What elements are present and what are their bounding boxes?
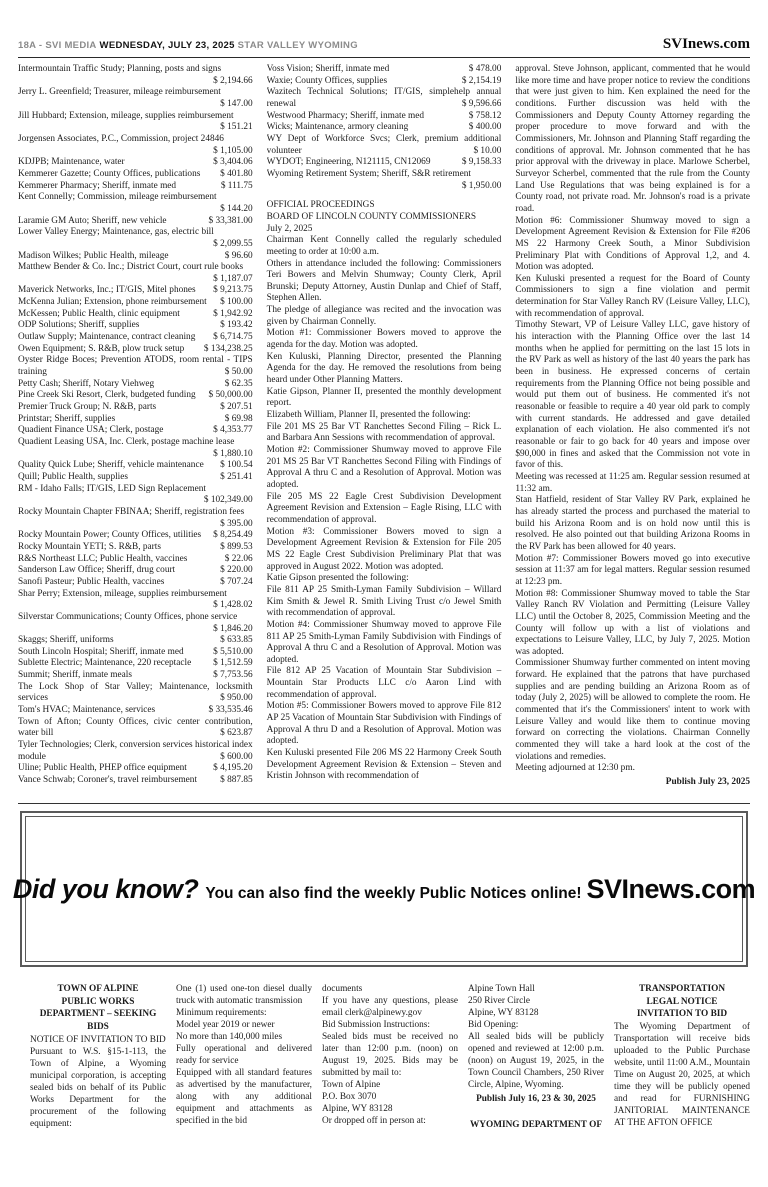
ledger-amount: $ 2,194.66 xyxy=(208,76,253,88)
notice-paragraph: No more than 140,000 miles xyxy=(176,1031,312,1043)
proceedings-paragraph: Others in attendance included the follow… xyxy=(267,259,502,306)
ledger-description: Rocky Mountain YETI; S. R&B, parts xyxy=(18,542,161,552)
proceedings-paragraph: Katie Gipson, Planner II, presented the … xyxy=(267,387,502,410)
ledger-description: KDJPB; Maintenance, water xyxy=(18,157,125,167)
notice-paragraph: Equipped with all standard features as a… xyxy=(176,1067,312,1127)
ledger-entry: Jill Hubbard; Extension, mileage, suppli… xyxy=(18,111,253,134)
notice-col-equipment-specs: One (1) used one-ton diesel dually truck… xyxy=(176,983,312,1161)
proceedings-paragraph: Motion #1: Commissioner Bowers moved to … xyxy=(267,328,502,351)
ledger-amount: $ 4,353.77 xyxy=(208,425,253,437)
ledger-amount: $ 8,254.49 xyxy=(208,530,253,542)
proceedings-paragraph: Motion #5: Commissioner Bowers moved to … xyxy=(267,701,502,748)
proceedings-paragraph: Chairman Kent Connelly called the regula… xyxy=(267,235,502,258)
ledger-description: Jill Hubbard; Extension, mileage, suppli… xyxy=(18,111,234,121)
ledger-amount: $ 220.00 xyxy=(215,565,253,577)
ledger-description: Silverstar Communications; County Office… xyxy=(18,612,237,622)
ledger-description: Rocky Mountain Chapter FBINAA; Sheriff, … xyxy=(18,507,244,517)
ledger-description: Kemmerer Pharmacy; Sheriff, inmate med xyxy=(18,181,176,191)
ledger-column-2: Voss Vision; Sheriff, inmate med$ 478.00… xyxy=(267,64,502,192)
notice-paragraph: Bid Submission Instructions: xyxy=(322,1019,458,1031)
ledger-entry: Quadient Finance USA; Clerk, postage$ 4,… xyxy=(18,425,253,437)
notice-paragraph: documents xyxy=(322,983,458,995)
ledger-amount: $ 2,154.19 xyxy=(457,76,502,88)
ledger-entry: Quill; Public Health, supplies$ 251.41 xyxy=(18,472,253,484)
ledger-description: Quality Quick Lube; Sheriff, vehicle mai… xyxy=(18,460,204,470)
notices-body: Intermountain Traffic Study; Planning, p… xyxy=(18,64,750,797)
ledger-amount: $ 1,187.07 xyxy=(208,274,253,286)
ledger-entry: Petty Cash; Sheriff, Notary Viehweg$ 62.… xyxy=(18,379,253,391)
ledger-amount: $ 62.35 xyxy=(220,379,253,391)
ledger-entry: Wazitech Technical Solutions; IT/GIS, si… xyxy=(267,87,502,110)
ledger-amount: $ 10.00 xyxy=(468,146,501,158)
ledger-description: Sanderson Law Office; Sheriff, drug cour… xyxy=(18,565,175,575)
ledger-entry: Tom's HVAC; Maintenance, services$ 33,53… xyxy=(18,705,253,717)
proceedings-paragraph: File 205 MS 22 Eagle Crest Subdivision D… xyxy=(267,492,502,527)
notice-paragraph: Alpine Town Hall xyxy=(468,983,604,995)
proceedings-paragraph: File 812 AP 25 Vacation of Mountain Star… xyxy=(267,666,502,701)
ledger-description: Petty Cash; Sheriff, Notary Viehweg xyxy=(18,379,154,389)
proceedings-paragraph: Ken Kuluski, Planning Director, presente… xyxy=(267,352,502,387)
ledger-amount: $ 33,381.00 xyxy=(204,216,253,228)
proceedings-continued: approval. Steve Johnson, applicant, comm… xyxy=(515,64,750,775)
ledger-entry: Kent Connelly; Commission, mileage reimb… xyxy=(18,192,253,215)
ledger-entry: Oyster Ridge Boces; Prevention ATODS, ro… xyxy=(18,355,253,378)
banner-middle-text: You can also find the weekly Public Noti… xyxy=(205,885,581,903)
proceedings-paragraph: July 2, 2025 xyxy=(267,224,502,236)
ledger-entry: Tyler Technologies; Clerk, conversion se… xyxy=(18,740,253,763)
ledger-description: Pine Creek Ski Resort, Clerk, budgeted f… xyxy=(18,390,196,400)
ledger-amount: $ 899.53 xyxy=(215,542,253,554)
ledger-amount: $ 33,535.46 xyxy=(204,705,253,717)
ledger-description: Vance Schwab; Coroner's, travel reimburs… xyxy=(18,775,197,785)
ledger-entry: Owen Equipment; S. R&B, plow truck setup… xyxy=(18,344,253,356)
ledger-entry: Outlaw Supply; Maintenance, contract cle… xyxy=(18,332,253,344)
ledger-description: McKenna Julian; Extension, phone reimbur… xyxy=(18,297,207,307)
ledger-description: Quill; Public Health, supplies xyxy=(18,472,128,482)
heading-line: DEPARTMENT – SEEKING xyxy=(30,1008,166,1021)
ledger-description: South Lincoln Hospital; Sheriff, inmate … xyxy=(18,647,184,657)
ledger-description: Kemmerer Gazette; County Offices, public… xyxy=(18,169,200,179)
proceedings-paragraph: Meeting adjourned at 12:30 pm. xyxy=(515,763,750,775)
ledger-amount: $ 100.00 xyxy=(215,297,253,309)
ledger-entry: Sublette Electric; Maintenance, 220 rece… xyxy=(18,658,253,670)
notice-paragraph: Fully operational and delivered ready fo… xyxy=(176,1043,312,1067)
ledger-amount: $ 1,846.20 xyxy=(208,624,253,636)
proceedings-paragraph: Ken Kuluski presented a request for the … xyxy=(515,274,750,321)
ledger-amount: $ 5,510.00 xyxy=(208,647,253,659)
ledger-amount: $ 395.00 xyxy=(215,519,253,531)
ledger-amount: $ 9,158.33 xyxy=(457,157,502,169)
notice-paragraph: Bid Opening: xyxy=(468,1019,604,1031)
ledger-description: Rocky Mountain Power; County Offices, ut… xyxy=(18,530,201,540)
ledger-description: R&S Northeast LLC; Public Health, vaccin… xyxy=(18,554,187,564)
ledger-description: Premier Truck Group; N. R&B, parts xyxy=(18,402,156,412)
ledger-entry: Rocky Mountain YETI; S. R&B, parts$ 899.… xyxy=(18,542,253,554)
ledger-amount: $ 401.80 xyxy=(215,169,253,181)
ledger-entry: Vance Schwab; Coroner's, travel reimburs… xyxy=(18,775,253,787)
ledger-description: Owen Equipment; S. R&B, plow truck setup xyxy=(18,344,184,354)
banner-lead-text: Did you know? xyxy=(13,874,199,905)
ledger-entry: Westwood Pharmacy; Sheriff, inmate med$ … xyxy=(267,111,502,123)
ledger-amount: $ 623.87 xyxy=(215,728,253,740)
ledger-entry: Madison Wilkes; Public Health, mileage$ … xyxy=(18,251,253,263)
proceedings-paragraph: Motion #3: Commissioner Bowers moved to … xyxy=(267,527,502,574)
ledger-amount: $ 100.54 xyxy=(215,460,253,472)
notice-paragraph: 250 River Circle xyxy=(468,995,604,1007)
promo-banner-inner: Did you know? You can also find the week… xyxy=(25,816,743,962)
heading-line: TRANSPORTATION xyxy=(614,983,750,996)
ledger-entry: Uline; Public Health, PHEP office equipm… xyxy=(18,763,253,775)
masthead-date: WEDNESDAY, JULY 23, 2025 xyxy=(100,40,235,51)
ledger-description: Jorgensen Associates, P.C., Commission, … xyxy=(18,134,224,144)
ledger-amount: $ 22.06 xyxy=(220,554,253,566)
ledger-entry: McKessen; Public Health, clinic equipmen… xyxy=(18,309,253,321)
ledger-description: Jerry L. Greenfield; Treasurer, mileage … xyxy=(18,87,221,97)
ledger-description: Laramie GM Auto; Sheriff, new vehicle xyxy=(18,216,167,226)
ledger-description: Tom's HVAC; Maintenance, services xyxy=(18,705,155,715)
ledger-entry: Jerry L. Greenfield; Treasurer, mileage … xyxy=(18,87,253,110)
ledger-amount: $ 144.20 xyxy=(215,204,253,216)
ledger-amount: $ 1,950.00 xyxy=(457,181,502,193)
masthead-region: STAR VALLEY WYOMING xyxy=(238,40,358,51)
ledger-and-proceedings-column: Voss Vision; Sheriff, inmate med$ 478.00… xyxy=(267,64,502,797)
ledger-entry: Printstar; Sheriff, supplies$ 69.98 xyxy=(18,414,253,426)
ledger-entry: Silverstar Communications; County Office… xyxy=(18,612,253,635)
ledger-description: Summit; Sheriff, inmate meals xyxy=(18,670,132,680)
ledger-description: Sublette Electric; Maintenance, 220 rece… xyxy=(18,658,191,668)
notice-paragraph: Model year 2019 or newer xyxy=(176,1019,312,1031)
ledger-entry: Quadient Leasing USA, Inc. Clerk, postag… xyxy=(18,437,253,460)
ledger-amount: $ 633.85 xyxy=(215,635,253,647)
notice-paragraph: If you have any questions, please email … xyxy=(322,995,458,1019)
ledger-description: Intermountain Traffic Study; Planning, p… xyxy=(18,64,221,74)
ledger-entry: RM - Idaho Falls; IT/GIS, LED Sign Repla… xyxy=(18,484,253,507)
ledger-entry: ODP Solutions; Sheriff, supplies$ 193.42 xyxy=(18,320,253,332)
ledger-entry: Wyoming Retirement System; Sheriff, S&R … xyxy=(267,169,502,192)
ledger-amount: $ 478.00 xyxy=(464,64,502,76)
ledger-entry: Rocky Mountain Chapter FBINAA; Sheriff, … xyxy=(18,507,253,530)
heading-line: PUBLIC WORKS xyxy=(30,996,166,1009)
proceedings-paragraph: BOARD OF LINCOLN COUNTY COMMISSIONERS xyxy=(267,212,502,224)
ledger-amount: $ 707.24 xyxy=(215,577,253,589)
proceedings-column-3: approval. Steve Johnson, applicant, comm… xyxy=(515,64,750,797)
notice-paragraph: All sealed bids will be publicly opened … xyxy=(468,1031,604,1091)
proceedings-paragraph: Motion #2: Commissioner Shumway moved to… xyxy=(267,445,502,492)
proceedings-paragraph: Motion #6: Commissioner Shumway moved to… xyxy=(515,216,750,274)
proceedings-paragraph: File 201 MS 25 Bar VT Ranchettes Second … xyxy=(267,422,502,445)
ledger-description: Printstar; Sheriff, supplies xyxy=(18,414,115,424)
heading-line: TOWN OF ALPINE xyxy=(30,983,166,996)
ledger-entry: Laramie GM Auto; Sheriff, new vehicle$ 3… xyxy=(18,216,253,228)
ledger-amount: $ 207.51 xyxy=(215,402,253,414)
ledger-amount: $ 193.42 xyxy=(215,320,253,332)
ledger-entry: Wicks; Maintenance, armory cleaning$ 400… xyxy=(267,122,502,134)
ledger-amount: $ 147.00 xyxy=(215,99,253,111)
ledger-entry: Town of Afton; County Offices, civic cen… xyxy=(18,717,253,740)
ledger-amount: $ 50,000.00 xyxy=(204,390,253,402)
ledger-description: Uline; Public Health, PHEP office equipm… xyxy=(18,763,187,773)
notice-col-bid-opening: Alpine Town Hall250 River CircleAlpine, … xyxy=(468,983,604,1161)
proceedings-paragraph: OFFICIAL PROCEEDINGS xyxy=(267,200,502,212)
heading-line: INVITATION TO BID xyxy=(614,1008,750,1021)
notice-paragraph: Minimum requirements: xyxy=(176,1007,312,1019)
proceedings-paragraph: Stan Hatfield, resident of Star Valley R… xyxy=(515,495,750,553)
proceedings-paragraph: Ken Kuluski presented File 206 MS 22 Har… xyxy=(267,748,502,783)
publish-date-line: Publish July 23, 2025 xyxy=(515,777,750,789)
ledger-description: Madison Wilkes; Public Health, mileage xyxy=(18,251,169,261)
alpine-publish-dates: Publish July 16, 23 & 30, 2025 xyxy=(468,1093,604,1105)
ledger-amount: $ 1,942.92 xyxy=(208,309,253,321)
ledger-entry: Waxie; County Offices, supplies$ 2,154.1… xyxy=(267,76,502,88)
proceedings-paragraph: Katie Gipson presented the following: xyxy=(267,573,502,585)
ledger-description: Quadient Leasing USA, Inc. Clerk, postag… xyxy=(18,437,234,447)
page-number: 18A - SVI MEDIA xyxy=(18,40,97,51)
newspaper-page: 18A - SVI MEDIA WEDNESDAY, JULY 23, 2025… xyxy=(0,0,768,1187)
official-proceedings: OFFICIAL PROCEEDINGS BOARD OF LINCOLN CO… xyxy=(267,200,502,783)
ledger-entry: Kemmerer Gazette; County Offices, public… xyxy=(18,169,253,181)
ledger-description: Quadient Finance USA; Clerk, postage xyxy=(18,425,163,435)
ledger-amount: $ 9,213.75 xyxy=(208,285,253,297)
alpine-notice-subheading: NOTICE OF INVITATION TO BID xyxy=(30,1034,166,1046)
masthead-site-name: SVInews.com xyxy=(663,36,750,53)
notice-paragraph: P.O. Box 3070 xyxy=(322,1091,458,1103)
ledger-description: Kent Connelly; Commission, mileage reimb… xyxy=(18,192,217,202)
ledger-entry: Quality Quick Lube; Sheriff, vehicle mai… xyxy=(18,460,253,472)
ledger-amount: $ 600.00 xyxy=(215,752,253,764)
proceedings-paragraph: Motion #7: Commissioner Bowers moved go … xyxy=(515,554,750,589)
ledger-description: Wicks; Maintenance, armory cleaning xyxy=(267,122,409,132)
ledger-amount: $ 251.41 xyxy=(215,472,253,484)
ledger-entry: The Lock Shop of Star Valley; Maintenanc… xyxy=(18,682,253,705)
ledger-amount: $ 96.60 xyxy=(220,251,253,263)
proceedings-paragraph: Commissioner Shumway further commented o… xyxy=(515,658,750,763)
ledger-description: Skaggs; Sheriff, uniforms xyxy=(18,635,114,645)
ledger-amount: $ 1,512.59 xyxy=(208,658,253,670)
ledger-amount: $ 887.85 xyxy=(215,775,253,787)
ledger-entry: Skaggs; Sheriff, uniforms$ 633.85 xyxy=(18,635,253,647)
ledger-amount: $ 1,105.00 xyxy=(208,146,253,158)
ledger-amount: $ 950.00 xyxy=(215,693,253,705)
ledger-description: Sanofi Pasteur; Public Health, vaccines xyxy=(18,577,164,587)
ledger-description: Shar Perry; Extension, mileage, supplies… xyxy=(18,589,227,599)
ledger-description: Maverick Networks, Inc.; IT/GIS, Mitel p… xyxy=(18,285,196,295)
alpine-notice-body: Pursuant to W.S. §15-1-113, the Town of … xyxy=(30,1046,166,1130)
notice-paragraph: Sealed bids must be received no later th… xyxy=(322,1031,458,1079)
ledger-description: Waxie; County Offices, supplies xyxy=(267,76,387,86)
wydot-heading-start: WYOMING DEPARTMENT OF xyxy=(468,1119,604,1131)
ledger-amount: $ 134,238.25 xyxy=(199,344,253,356)
ledger-amount: $ 151.21 xyxy=(215,122,253,134)
notice-paragraph: Or dropped off in person at: xyxy=(322,1115,458,1127)
ledger-entry: Maverick Networks, Inc.; IT/GIS, Mitel p… xyxy=(18,285,253,297)
legal-notices-section: TOWN OF ALPINEPUBLIC WORKSDEPARTMENT – S… xyxy=(30,983,750,1161)
ledger-description: WY Dept of Workforce Svcs; Clerk, premiu… xyxy=(267,134,502,156)
proceedings-paragraph: File 811 AP 25 Smith-Lyman Family Subdiv… xyxy=(267,585,502,620)
ledger-entry: Voss Vision; Sheriff, inmate med$ 478.00 xyxy=(267,64,502,76)
bid-opening-paragraphs: Alpine Town Hall250 River CircleAlpine, … xyxy=(468,983,604,1091)
ledger-entry: Shar Perry; Extension, mileage, supplies… xyxy=(18,589,253,612)
promo-banner: Did you know? You can also find the week… xyxy=(20,811,748,967)
heading-line: LEGAL NOTICE xyxy=(614,996,750,1009)
ledger-description: Outlaw Supply; Maintenance, contract cle… xyxy=(18,332,195,342)
ledger-entry: WYDOT; Engineering, N121115, CN12069$ 9,… xyxy=(267,157,502,169)
masthead: 18A - SVI MEDIA WEDNESDAY, JULY 23, 2025… xyxy=(18,0,750,58)
ledger-entry: Intermountain Traffic Study; Planning, p… xyxy=(18,64,253,87)
ledger-description: WYDOT; Engineering, N121115, CN12069 xyxy=(267,157,431,167)
ledger-description: Lower Valley Energy; Maintenance, gas, e… xyxy=(18,227,214,237)
proceedings-paragraph: Meeting was recessed at 11:25 am. Regula… xyxy=(515,472,750,495)
ledger-description: Matthew Bender & Co. Inc.; District Cour… xyxy=(18,262,243,272)
ledger-amount: $ 6,714.75 xyxy=(208,332,253,344)
section-divider-rule xyxy=(18,803,750,804)
ledger-amount: $ 1,428.02 xyxy=(208,600,253,612)
ledger-description: ODP Solutions; Sheriff, supplies xyxy=(18,320,139,330)
wydot-notice-heading: TRANSPORTATIONLEGAL NOTICEINVITATION TO … xyxy=(614,983,750,1021)
ledger-entry: Kemmerer Pharmacy; Sheriff, inmate med$ … xyxy=(18,181,253,193)
heading-line: BIDS xyxy=(30,1021,166,1034)
ledger-description: Oyster Ridge Boces; Prevention ATODS, ro… xyxy=(18,355,253,377)
banner-site-url: SVInews.com xyxy=(587,874,756,905)
ledger-entry: KDJPB; Maintenance, water$ 3,404.06 xyxy=(18,157,253,169)
notice-paragraph: One (1) used one-ton diesel dually truck… xyxy=(176,983,312,1007)
masthead-left: 18A - SVI MEDIA WEDNESDAY, JULY 23, 2025… xyxy=(18,40,358,51)
ledger-description: Wyoming Retirement System; Sheriff, S&R … xyxy=(267,169,471,179)
ledger-entry: Sanofi Pasteur; Public Health, vaccines$… xyxy=(18,577,253,589)
ledger-amount: $ 50.00 xyxy=(220,367,253,379)
ledger-entry: WY Dept of Workforce Svcs; Clerk, premiu… xyxy=(267,134,502,157)
ledger-amount: $ 69.98 xyxy=(220,414,253,426)
notice-paragraph: Alpine, WY 83128 xyxy=(468,1007,604,1019)
notice-col-submission-instructions: documentsIf you have any questions, plea… xyxy=(322,983,458,1161)
ledger-entry: Jorgensen Associates, P.C., Commission, … xyxy=(18,134,253,157)
ledger-entry: McKenna Julian; Extension, phone reimbur… xyxy=(18,297,253,309)
ledger-amount: $ 3,404.06 xyxy=(208,157,253,169)
ledger-entry: Matthew Bender & Co. Inc.; District Cour… xyxy=(18,262,253,285)
notice-paragraph: Town of Alpine xyxy=(322,1079,458,1091)
ledger-entry: South Lincoln Hospital; Sheriff, inmate … xyxy=(18,647,253,659)
ledger-entry: Summit; Sheriff, inmate meals$ 7,753.56 xyxy=(18,670,253,682)
ledger-amount: $ 111.75 xyxy=(216,181,253,193)
ledger-description: Voss Vision; Sheriff, inmate med xyxy=(267,64,390,74)
ledger-entry: Sanderson Law Office; Sheriff, drug cour… xyxy=(18,565,253,577)
ledger-description: RM - Idaho Falls; IT/GIS, LED Sign Repla… xyxy=(18,484,206,494)
ledger-amount: $ 4,195.20 xyxy=(208,763,253,775)
ledger-amount: $ 2,099.55 xyxy=(208,239,253,251)
wydot-notice-body: The Wyoming Department of Transportation… xyxy=(614,1021,750,1129)
ledger-description: Westwood Pharmacy; Sheriff, inmate med xyxy=(267,111,424,121)
notice-col-alpine-heading: TOWN OF ALPINEPUBLIC WORKSDEPARTMENT – S… xyxy=(30,983,166,1161)
proceedings-paragraph: Elizabeth William, Planner II, presented… xyxy=(267,410,502,422)
ledger-entry: Lower Valley Energy; Maintenance, gas, e… xyxy=(18,227,253,250)
promo-banner-text-line: Did you know? You can also find the week… xyxy=(13,874,755,905)
ledger-entry: R&S Northeast LLC; Public Health, vaccin… xyxy=(18,554,253,566)
ledger-amount: $ 102,349.00 xyxy=(199,495,253,507)
alpine-notice-heading: TOWN OF ALPINEPUBLIC WORKSDEPARTMENT – S… xyxy=(30,983,166,1033)
ledger-amount: $ 400.00 xyxy=(464,122,502,134)
ledger-entry: Pine Creek Ski Resort, Clerk, budgeted f… xyxy=(18,390,253,402)
ledger-column-1: Intermountain Traffic Study; Planning, p… xyxy=(18,64,253,797)
proceedings-paragraph: approval. Steve Johnson, applicant, comm… xyxy=(515,64,750,216)
ledger-amount: $ 9,596.66 xyxy=(457,99,502,111)
proceedings-paragraph: Motion #8: Commissioner Shumway moved to… xyxy=(515,589,750,659)
notice-paragraph: Alpine, WY 83128 xyxy=(322,1103,458,1115)
notice-col-wydot: TRANSPORTATIONLEGAL NOTICEINVITATION TO … xyxy=(614,983,750,1161)
ledger-entry: Rocky Mountain Power; County Offices, ut… xyxy=(18,530,253,542)
proceedings-paragraph: The pledge of allegiance was recited and… xyxy=(267,305,502,328)
ledger-amount: $ 758.12 xyxy=(464,111,502,123)
ledger-amount: $ 7,753.56 xyxy=(208,670,253,682)
ledger-description: McKessen; Public Health, clinic equipmen… xyxy=(18,309,180,319)
ledger-entry: Premier Truck Group; N. R&B, parts$ 207.… xyxy=(18,402,253,414)
ledger-amount: $ 1,880.10 xyxy=(208,449,253,461)
proceedings-paragraph: Motion #4: Commissioner Shumway moved to… xyxy=(267,620,502,667)
proceedings-paragraph: Timothy Stewart, VP of Leisure Valley LL… xyxy=(515,320,750,472)
